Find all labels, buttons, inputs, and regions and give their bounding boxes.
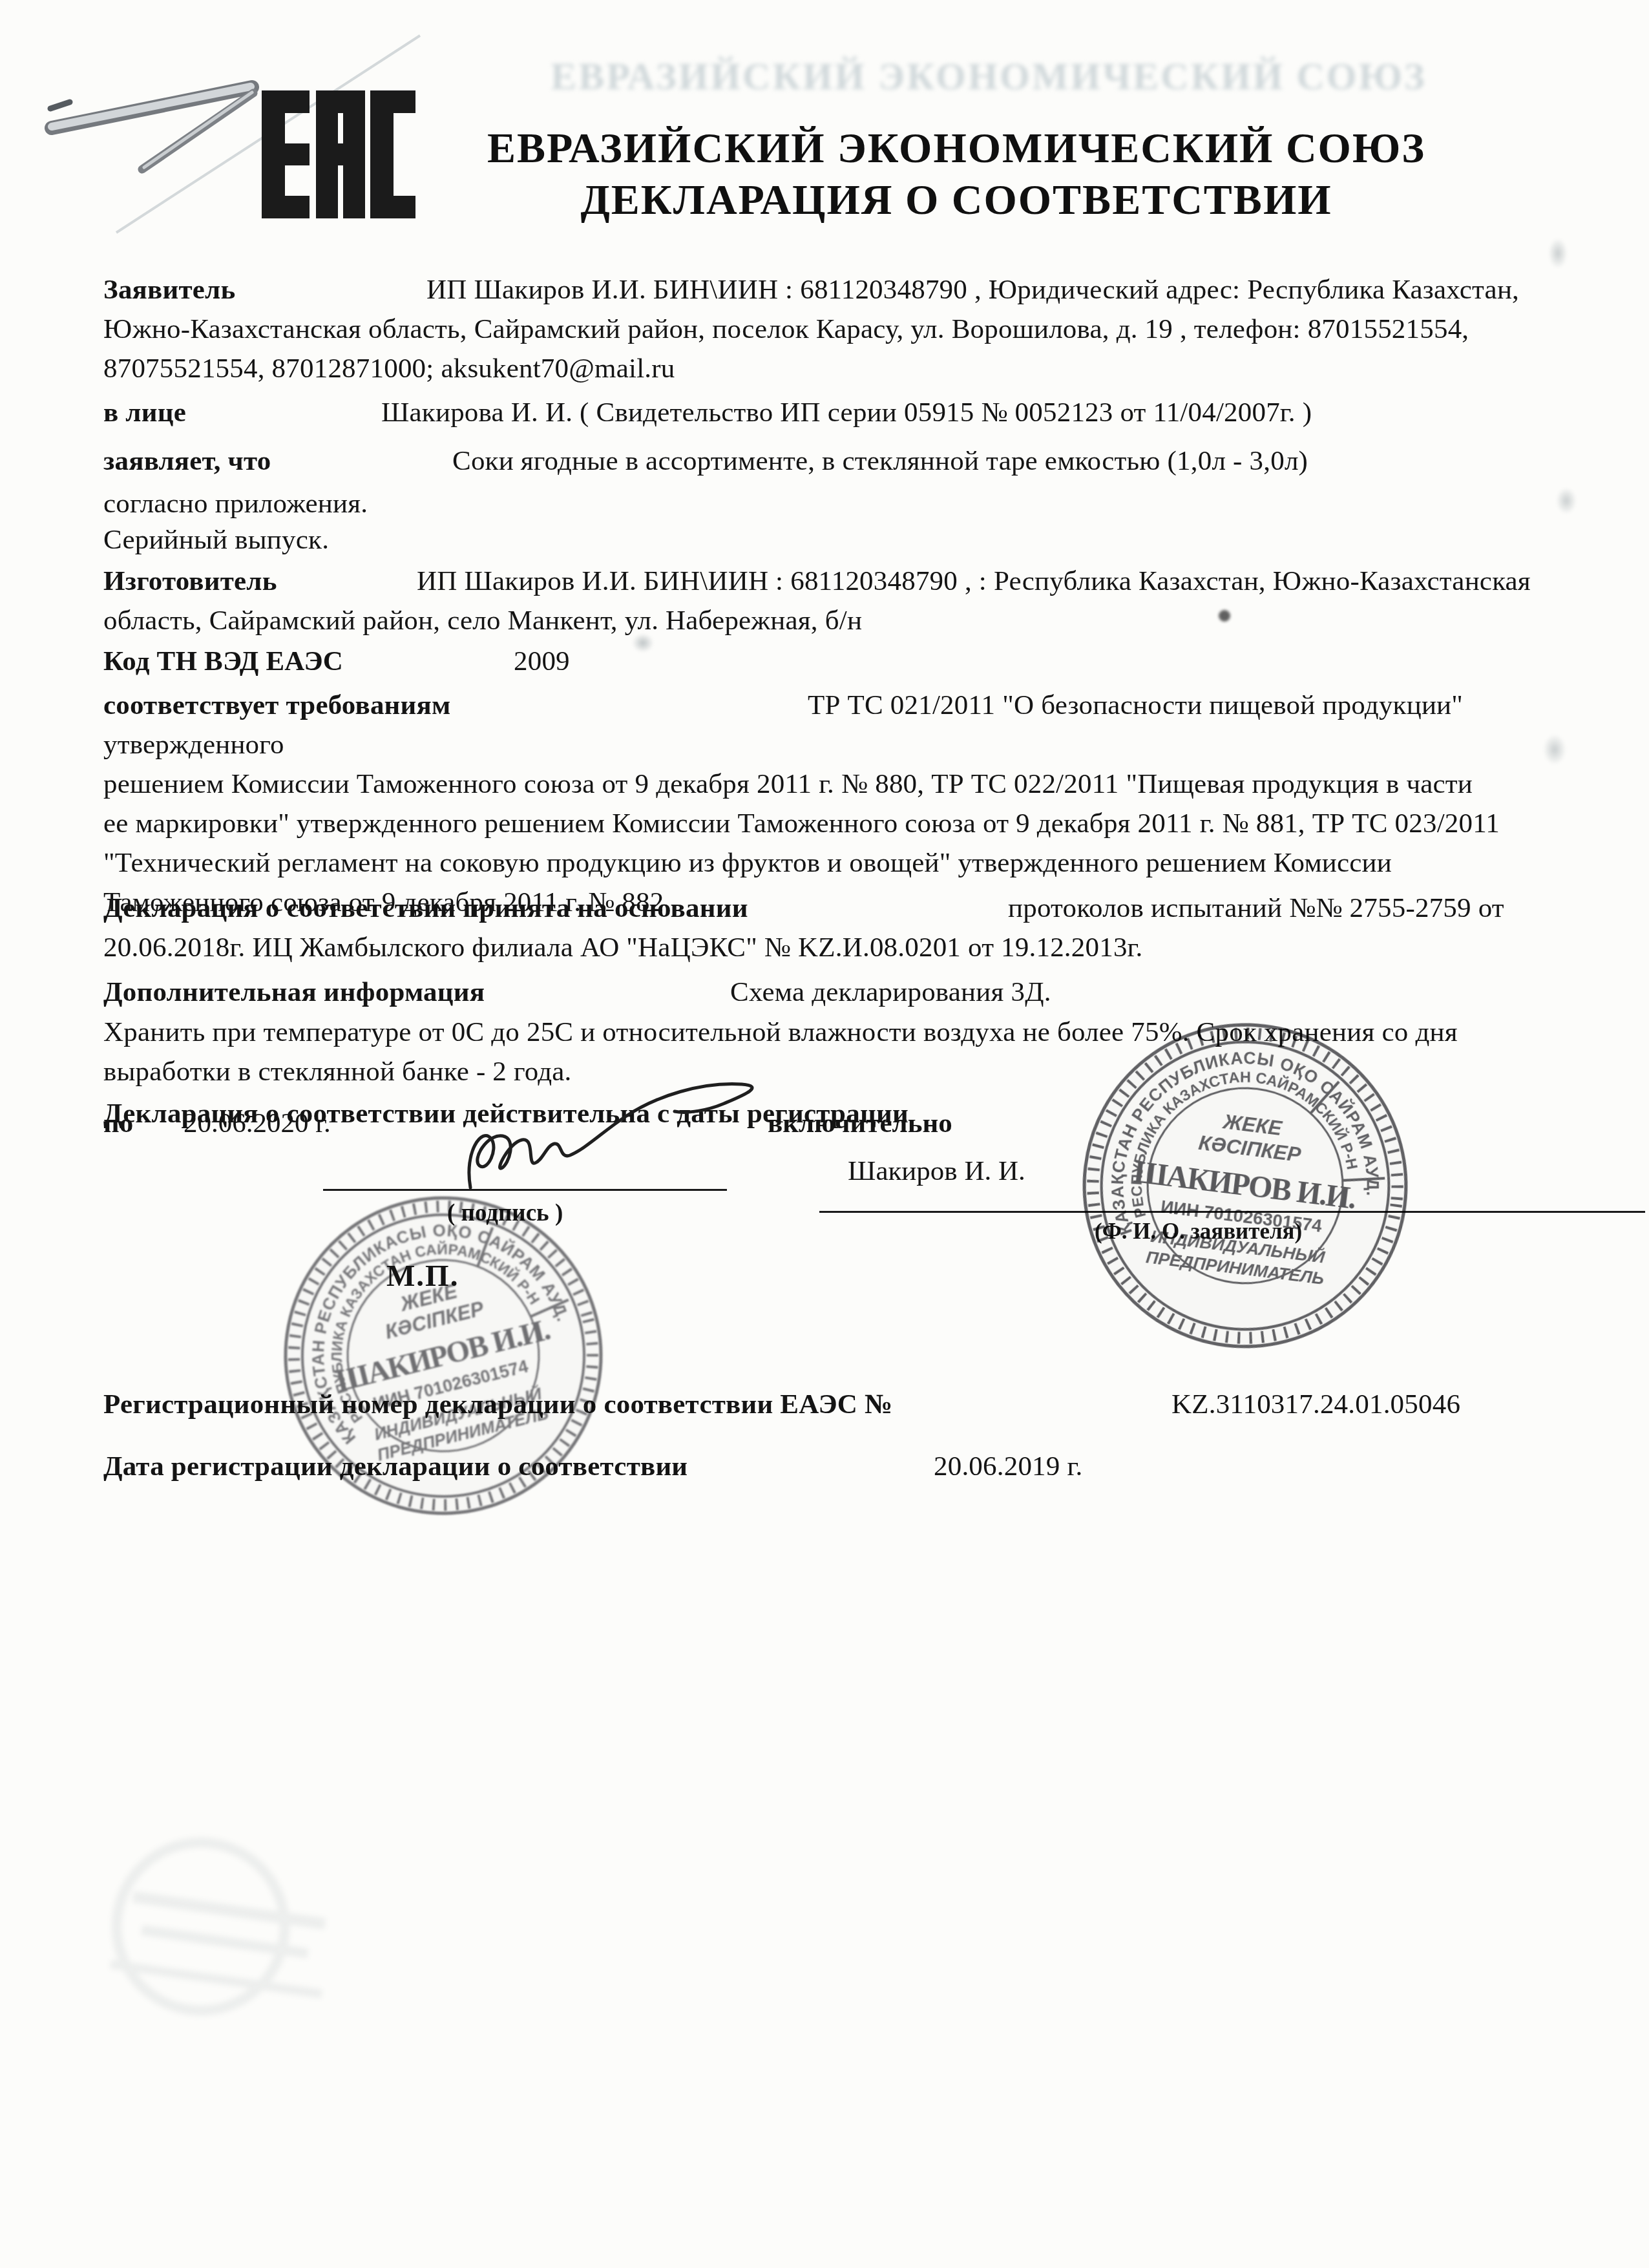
eac-logo: [262, 90, 415, 218]
field-additional: Дополнительная информацияСхема деклариро…: [103, 972, 1649, 1012]
field-applicant: ЗаявительИП Шакиров И.И. БИН\ИИН : 68112…: [103, 270, 1649, 388]
product-annex-note: согласно приложения.: [103, 488, 368, 519]
basis-label: Декларация о соответствии принята на осн…: [103, 888, 1008, 928]
product-line-2: согласно приложения.: [103, 484, 1649, 523]
validity-po-label: по: [103, 1108, 133, 1139]
field-tnved: Код ТН ВЭД ЕАЭС2009: [103, 642, 1649, 681]
additional-label: Дополнительная информация: [103, 972, 730, 1012]
field-basis: Декларация о соответствии принята на осн…: [103, 888, 1649, 967]
signatory-name: Шакиров И. И.: [848, 1155, 1025, 1187]
ghost-title-echo: ЕВРАЗИЙСКИЙ ЭКОНОМИЧЕСКИЙ СОЮЗ: [401, 54, 1577, 99]
tnved-label: Код ТН ВЭД ЕАЭС: [103, 642, 514, 681]
bleed-through-ghost: [78, 1809, 401, 2055]
field-requirements: соответствует требованиямТР ТС 021/2011 …: [103, 686, 1649, 922]
manufacturer-label: Изготовитель: [103, 562, 417, 601]
registration-number-label: Регистрационный номер декларации о соотв…: [103, 1385, 1171, 1424]
scanned-declaration-page: { "header": { "ghost_echo": "ЕВРАЗИЙСКИЙ…: [0, 0, 1649, 2268]
stamp-left: ҚАЗАҚСТАН РЕСПУБЛИКАСЫ ОҚО САЙРАМ АУД. Р…: [247, 1160, 639, 1551]
field-manufacturer: ИзготовительИП Шакиров И.И. БИН\ИИН : 68…: [103, 562, 1649, 640]
validity-date: 20.06.2020 г.: [184, 1108, 331, 1139]
scan-speck: [1543, 734, 1566, 765]
additional-scheme: Схема декларирования 3Д.: [730, 977, 1051, 1007]
mp-mark: М.П.: [386, 1259, 459, 1294]
requirements-label: соответствует требованиям: [103, 686, 808, 725]
validity-inclusive: включительно: [768, 1108, 952, 1139]
scan-speck: [1556, 487, 1577, 514]
scan-speck: [632, 633, 654, 653]
in-person-label: в лице: [103, 393, 381, 432]
product-line-3: Серийный выпуск.: [103, 520, 1649, 560]
serial-production-note: Серийный выпуск.: [103, 525, 329, 555]
applicant-label: Заявитель: [103, 270, 426, 310]
tnved-code: 2009: [514, 646, 570, 677]
product-description: Соки ягодные в ассортименте, в стеклянно…: [452, 446, 1308, 476]
title-line-1: ЕВРАЗИЙСКИЙ ЭКОНОМИЧЕСКИЙ СОЮЗ: [439, 124, 1473, 173]
in-person-value: Шакирова И. И. ( Свидетельство ИП серии …: [381, 397, 1312, 428]
field-declares: заявляет, чтоСоки ягодные в ассортименте…: [103, 441, 1649, 481]
scan-speck: [1219, 610, 1230, 622]
field-in-person: в лицеШакирова И. И. ( Свидетельство ИП …: [103, 393, 1649, 432]
stamp-right: ҚАЗАҚСТАН РЕСПУБЛИКАСЫ ОҚО САЙРАМ АУД. Р…: [1062, 1002, 1429, 1369]
registration-date-value: 20.06.2019 г.: [934, 1451, 1082, 1482]
title-line-2: ДЕКЛАРАЦИЯ О СООТВЕТСТВИИ: [439, 176, 1473, 225]
declares-label: заявляет, что: [103, 441, 452, 481]
registration-number-value: KZ.3110317.24.01.05046: [1171, 1389, 1460, 1420]
scan-speck: [1548, 238, 1568, 269]
